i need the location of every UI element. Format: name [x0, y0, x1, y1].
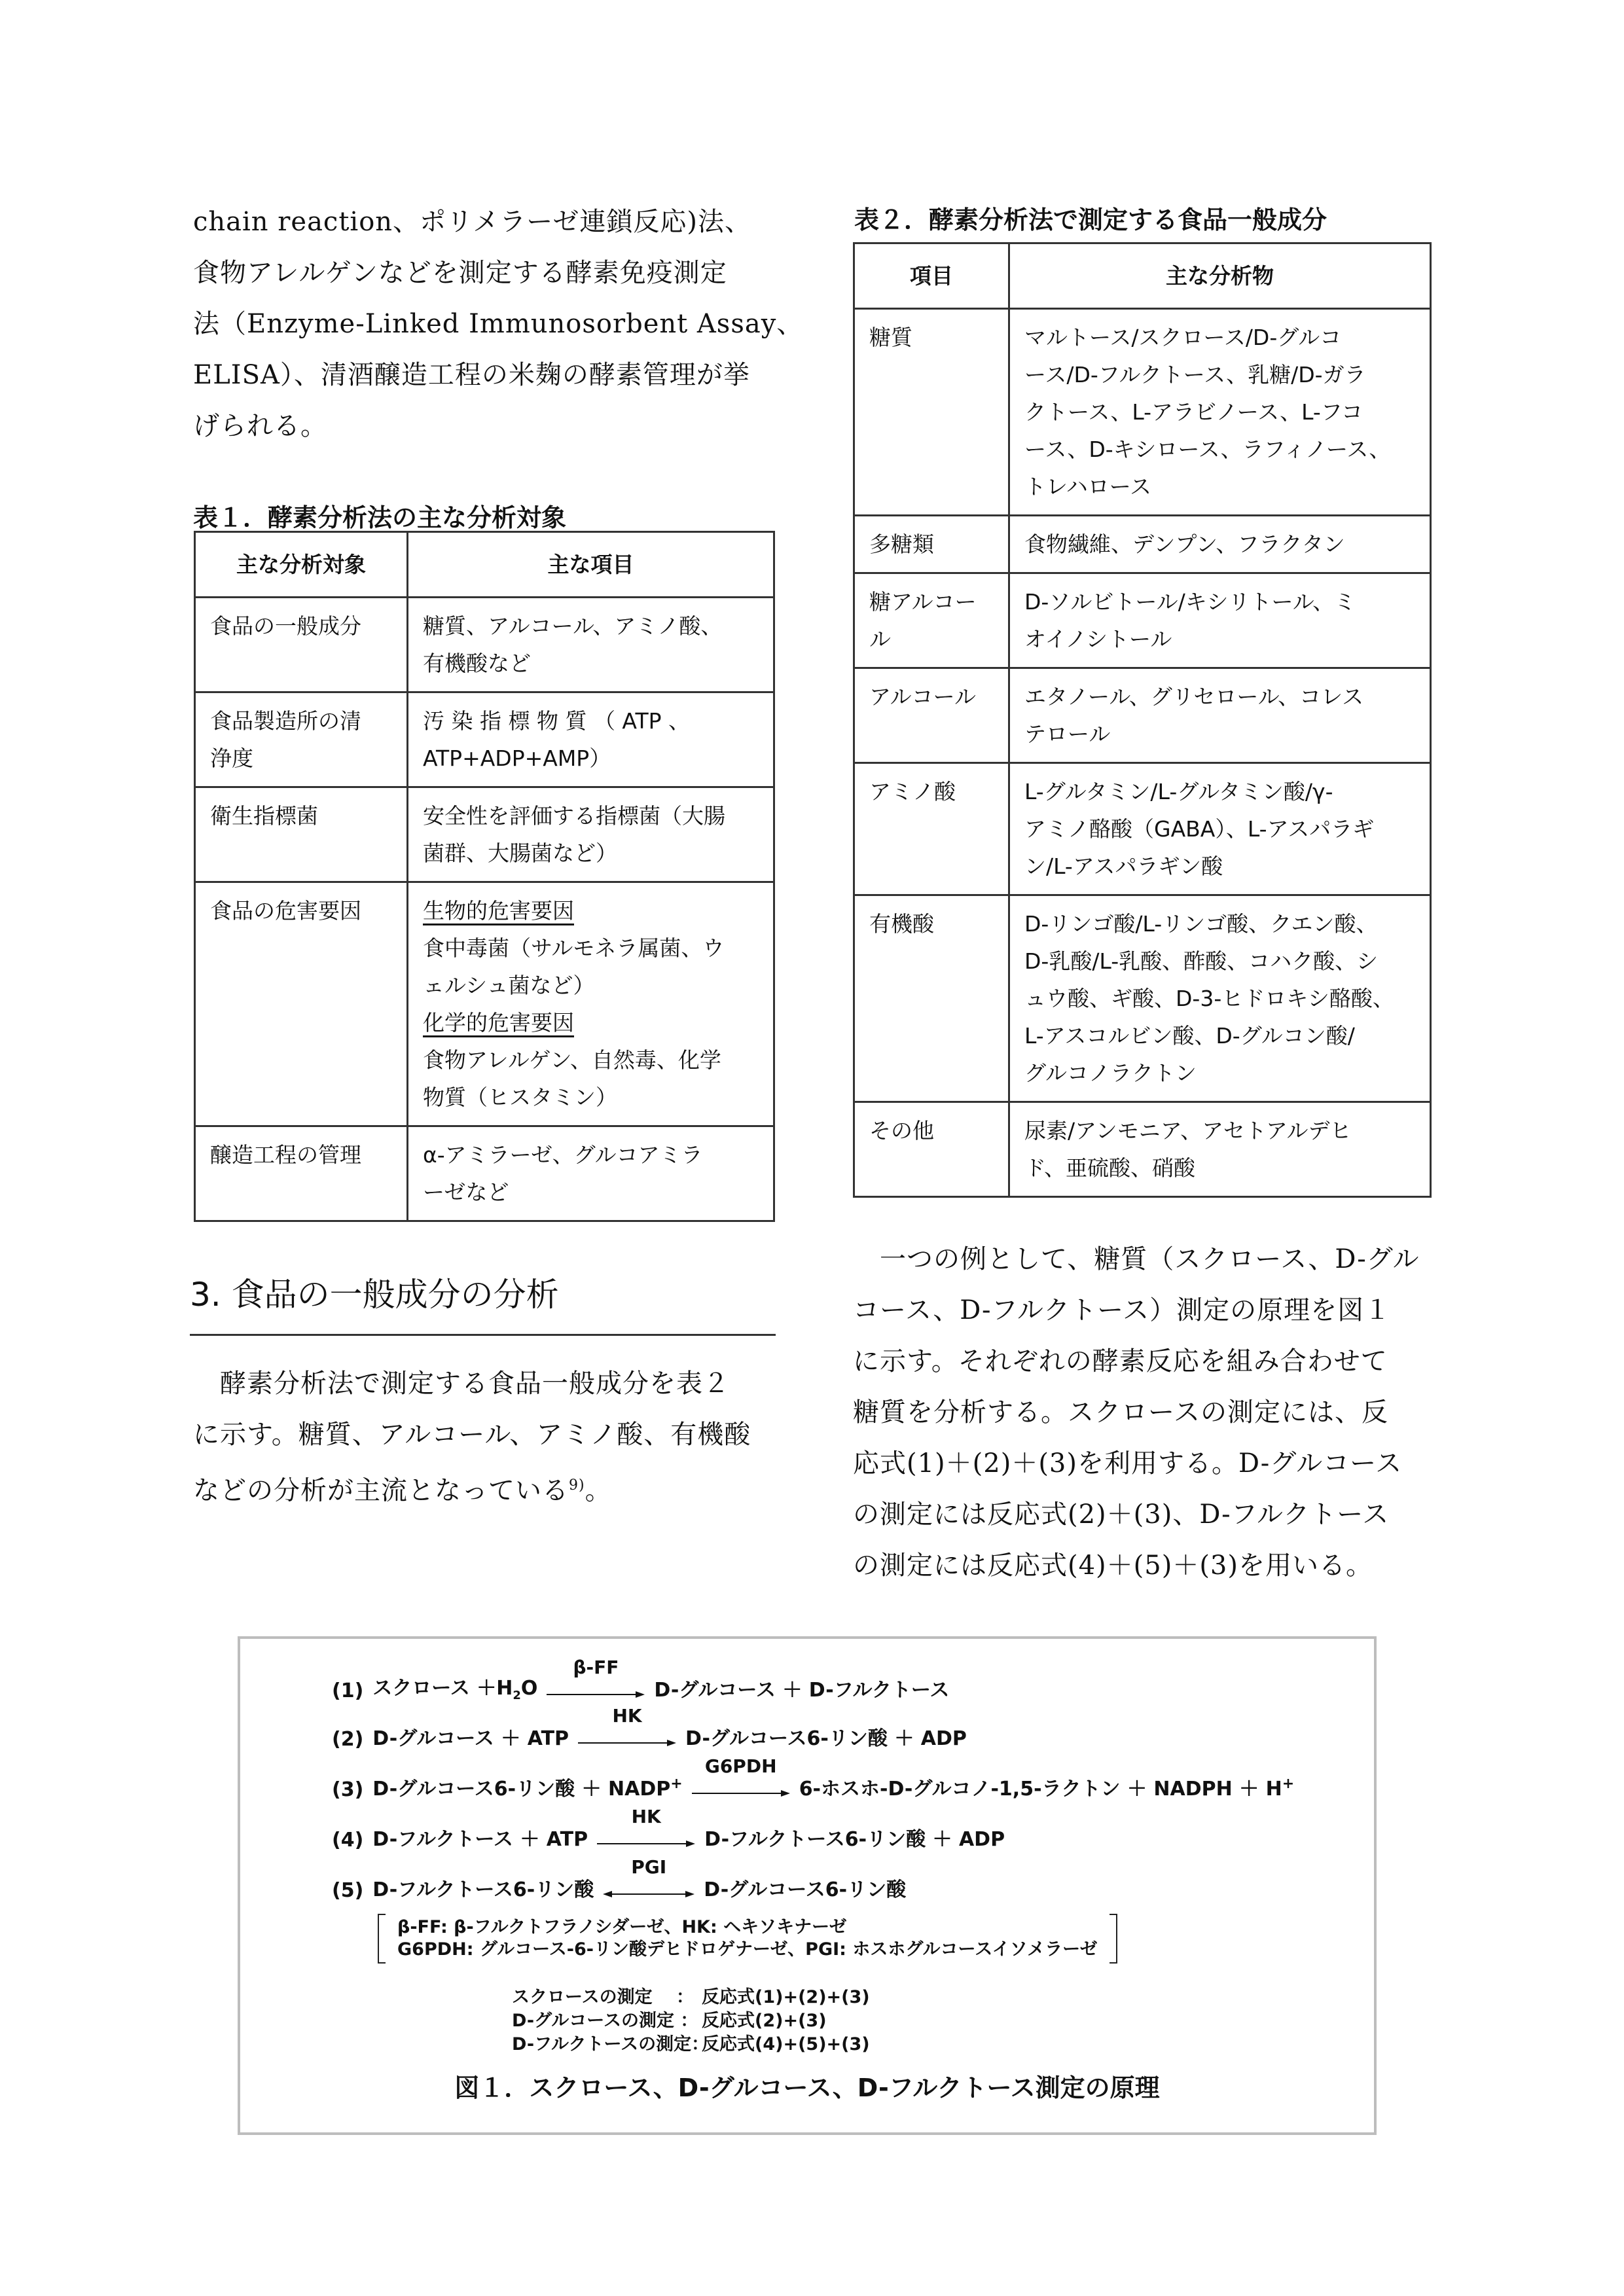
left-bracket [378, 1914, 386, 1964]
table-row: 衛生指標菌 安全性を評価する指標菌（大腸 菌群、大腸菌など） [195, 787, 774, 882]
table-cell: 糖アルコール [854, 573, 1009, 668]
table-cell: アミノ酸 [854, 763, 1009, 895]
column-header: 主な分析対象 [195, 532, 408, 598]
text-line: 一つの例として、糖質（スクロース、D-グル [853, 1234, 1442, 1285]
cell-text: 食品製造所の清 [210, 702, 392, 740]
table-cell: 衛生指標菌 [195, 787, 408, 882]
reaction-1: (1) スクロース ＋H2O β-FF D-グルコース ＋ D-フルクトース [332, 1672, 949, 1702]
column-header: 項目 [854, 243, 1009, 309]
reaction-4: (4) D-フルクトース ＋ ATP HK D-フルクトース6-リン酸 ＋ AD… [332, 1823, 1005, 1852]
table-header-row: 主な分析対象 主な項目 [195, 532, 774, 598]
cell-text: ュウ酸、ギ酸、D-3-ヒドロキシ酪酸、 [1024, 980, 1415, 1017]
cell-text: 汚 染 指 標 物 質 （ ATP 、 [423, 702, 759, 740]
superscript: + [1282, 1776, 1294, 1792]
legend-line: G6PDH: グルコース-6-リン酸デヒドロゲナーゼ、PGI: ホスホグルコース… [397, 1939, 1098, 1961]
reactants: D-グルコース6-リン酸 ＋ NADP+ [372, 1772, 682, 1801]
table-cell: マルトース/スクロース/D-グルコ ース/D-フルクトース、乳糖/D-ガラ クト… [1009, 309, 1431, 516]
cell-text: マルトース/スクロース/D-グルコ [1024, 319, 1415, 356]
text-line: に示す。それぞれの酵素反応を組み合わせて [853, 1336, 1442, 1387]
summary-value: 反応式(4)+(5)+(3) [702, 2033, 870, 2056]
reactants: スクロース ＋H2O [372, 1672, 537, 1702]
table-cell: 尿素/アンモニア、アセトアルデヒ ド、亜硫酸、硝酸 [1009, 1102, 1431, 1197]
summary-row: D-グルコースの測定 ： 反応式(2)+(3) [512, 2009, 870, 2033]
cell-text: 食物繊維、デンプン、フラクタン [1024, 526, 1415, 563]
table-row: 食品の一般成分 糖質、アルコール、アミノ酸、 有機酸など [195, 598, 774, 692]
summary-label: D-グルコースの測定 ： [512, 2009, 702, 2033]
cell-text: グルコノラクトン [1024, 1054, 1415, 1092]
right-bracket [1110, 1914, 1117, 1964]
enzyme-label: HK [578, 1705, 676, 1727]
table-cell: 安全性を評価する指標菌（大腸 菌群、大腸菌など） [408, 787, 774, 882]
enzyme-label: HK [597, 1806, 695, 1827]
legend-line: β-FF: β-フルクトフラノシダーゼ、HK: ヘキソキナーゼ [397, 1916, 1098, 1939]
table-row: 食品製造所の清浄度 汚 染 指 標 物 質 （ ATP 、 ATP+ADP+AM… [195, 692, 774, 787]
cell-text: α-アミラーゼ、グルコアミラ [423, 1136, 759, 1174]
table-row: アルコール エタノール、グリセロール、コレス テロール [854, 668, 1431, 763]
superscript: + [670, 1776, 682, 1792]
reaction-number: (1) [332, 1679, 363, 1702]
table-cell: 糖質、アルコール、アミノ酸、 有機酸など [408, 598, 774, 692]
text-line: 酵素分析法で測定する食品一般成分を表２ [193, 1358, 782, 1409]
table-cell: 糖質 [854, 309, 1009, 516]
text-line: の測定には反応式(2)＋(3)、D-フルクトース [853, 1489, 1442, 1540]
cell-text: D-乳酸/L-乳酸、酢酸、コハク酸、シ [1024, 942, 1415, 980]
summary-label: スクロースの測定 ： [512, 1986, 702, 2009]
products: D-グルコース ＋ D-フルクトース [654, 1674, 949, 1702]
reaction-number: (3) [332, 1778, 363, 1801]
table-row: アミノ酸 L-グルタミン/L-グルタミン酸/γ- アミノ酪酸（GABA）、L-ア… [854, 763, 1431, 895]
cell-text: 尿素/アンモニア、アセトアルデヒ [1024, 1112, 1415, 1149]
text-line: 法（Enzyme-Linked Immunosorbent Assay、 [193, 298, 782, 350]
summary-label: D-フルクトースの測定： [512, 2033, 702, 2056]
cell-text: オイノシトール [1024, 620, 1415, 658]
forward-arrow-icon: G6PDH [692, 1782, 790, 1801]
enzyme-label: PGI [603, 1856, 695, 1878]
reactant-text: O [521, 1677, 538, 1700]
forward-arrow-icon: HK [578, 1731, 676, 1751]
column-header: 主な項目 [408, 532, 774, 598]
table-row: 糖質 マルトース/スクロース/D-グルコ ース/D-フルクトース、乳糖/D-ガラ… [854, 309, 1431, 516]
cell-subheading: 生物的危害要因 [423, 892, 759, 929]
summary-value: 反応式(2)+(3) [702, 2009, 827, 2033]
cell-text: アミノ酪酸（GABA）、L-アスパラギ [1024, 810, 1415, 848]
section-heading: 3. 食品の一般成分の分析 [190, 1268, 776, 1336]
products: D-グルコース6-リン酸 [704, 1873, 906, 1902]
table-cell: L-グルタミン/L-グルタミン酸/γ- アミノ酪酸（GABA）、L-アスパラギ … [1009, 763, 1431, 895]
table1: 主な分析対象 主な項目 食品の一般成分 糖質、アルコール、アミノ酸、 有機酸など… [194, 531, 775, 1222]
forward-arrow-icon: HK [597, 1832, 695, 1852]
table-cell: アルコール [854, 668, 1009, 763]
reaction-3: (3) D-グルコース6-リン酸 ＋ NADP+ G6PDH 6-ホスホ-D-グ… [332, 1772, 1294, 1801]
cell-text: 浄度 [210, 740, 392, 777]
text-line: げられる。 [193, 401, 782, 452]
summary-row: D-フルクトースの測定： 反応式(4)+(5)+(3) [512, 2033, 870, 2056]
text-fragment: などの分析が主流となっている [193, 1475, 569, 1505]
text-line: コース、D-フルクトース）測定の原理を図１ [853, 1285, 1442, 1336]
cell-text: 菌群、大腸菌など） [423, 834, 759, 872]
table-cell: 生物的危害要因 食中毒菌（サルモネラ属菌、ウ ェルシュ菌など） 化学的危害要因 … [408, 882, 774, 1126]
table1-caption: 表１．酵素分析法の主な分析対象 [193, 497, 566, 533]
table-cell: その他 [854, 1102, 1009, 1197]
table-row: 食品の危害要因 生物的危害要因 食中毒菌（サルモネラ属菌、ウ ェルシュ菌など） … [195, 882, 774, 1126]
table-cell: 有機酸 [854, 895, 1009, 1102]
column-header: 主な分析物 [1009, 243, 1431, 309]
reaction-2: (2) D-グルコース ＋ ATP HK D-グルコース6-リン酸 ＋ ADP [332, 1722, 967, 1751]
summary-value: 反応式(1)+(2)+(3) [702, 1986, 870, 2009]
cell-text: ド、亜硫酸、硝酸 [1024, 1149, 1415, 1187]
section3-paragraph: 酵素分析法で測定する食品一般成分を表２ に示す。糖質、アルコール、アミノ酸、有機… [193, 1358, 782, 1516]
table-cell: 食品の危害要因 [195, 882, 408, 1126]
products: 6-ホスホ-D-グルコノ-1,5-ラクトン ＋ NADPH ＋ H+ [799, 1772, 1294, 1801]
cell-text: 物質（ヒスタミン） [423, 1079, 759, 1116]
cell-text: ース/D-フルクトース、乳糖/D-ガラ [1024, 356, 1415, 393]
figure-intro-paragraph: 一つの例として、糖質（スクロース、D-グル コース、D-フルクトース）測定の原理… [853, 1234, 1442, 1591]
table-row: 醸造工程の管理 α-アミラーゼ、グルコアミラ ーゼなど [195, 1126, 774, 1221]
cell-text: ース、D-キシロース、ラフィノース、 [1024, 431, 1415, 468]
table-header-row: 項目 主な分析物 [854, 243, 1431, 309]
reaction-number: (2) [332, 1728, 363, 1751]
text-line: chain reaction、ポリメラーゼ連鎖反応)法、 [193, 196, 782, 247]
reactants: D-フルクトース ＋ ATP [372, 1823, 588, 1852]
cell-text: L-グルタミン/L-グルタミン酸/γ- [1024, 773, 1415, 810]
reaction-number: (5) [332, 1879, 363, 1902]
table-row: 有機酸 D-リンゴ酸/L-リンゴ酸、クエン酸、 D-乳酸/L-乳酸、酢酸、コハク… [854, 895, 1431, 1102]
figure-caption: 図１．スクロース、D-グルコース、D-フルクトース測定の原理 [240, 2068, 1374, 2104]
table-row: その他 尿素/アンモニア、アセトアルデヒ ド、亜硫酸、硝酸 [854, 1102, 1431, 1197]
cell-text: ェルシュ菌など） [423, 967, 759, 1004]
intro-paragraph: chain reaction、ポリメラーゼ連鎖反応)法、 食物アレルゲンなどを測… [193, 196, 782, 452]
cell-text: D-ソルビトール/キシリトール、ミ [1024, 583, 1415, 620]
reactant-text: D-グルコース6-リン酸 ＋ NADP [372, 1778, 670, 1801]
subscript: 2 [513, 1689, 521, 1702]
text-line: ELISA）、清酒醸造工程の米麹の酵素管理が挙 [193, 350, 782, 401]
cell-text: 安全性を評価する指標菌（大腸 [423, 797, 759, 834]
text-line: 食物アレルゲンなどを測定する酵素免疫測定 [193, 247, 782, 298]
cell-text: エタノール、グリセロール、コレス [1024, 678, 1415, 715]
product-text: 6-ホスホ-D-グルコノ-1,5-ラクトン ＋ NADPH ＋ H [799, 1778, 1282, 1801]
cell-text: D-リンゴ酸/L-リンゴ酸、クエン酸、 [1024, 905, 1415, 942]
forward-arrow-icon: β-FF [547, 1683, 645, 1702]
cell-text: トレハロース [1024, 468, 1415, 505]
products: D-グルコース6-リン酸 ＋ ADP [685, 1722, 967, 1751]
cell-text: ーゼなど [423, 1174, 759, 1211]
products: D-フルクトース6-リン酸 ＋ ADP [704, 1823, 1005, 1852]
text-line: 応式(1)＋(2)＋(3)を利用する。D-グルコース [853, 1438, 1442, 1489]
table-cell: 食品の一般成分 [195, 598, 408, 692]
reversible-arrow-icon: PGI [603, 1882, 695, 1902]
summary-row: スクロースの測定 ： 反応式(1)+(2)+(3) [512, 1986, 870, 2009]
text-line: に示す。糖質、アルコール、アミノ酸、有機酸 [193, 1409, 782, 1460]
enzyme-label: β-FF [547, 1657, 645, 1678]
cell-text: テロール [1024, 715, 1415, 753]
table2: 項目 主な分析物 糖質 マルトース/スクロース/D-グルコ ース/D-フルクトー… [853, 242, 1432, 1198]
cell-text: L-アスコルビン酸、D-グルコン酸/ [1024, 1017, 1415, 1054]
reactants: D-グルコース ＋ ATP [372, 1722, 569, 1751]
table-cell: α-アミラーゼ、グルコアミラ ーゼなど [408, 1126, 774, 1221]
cell-subheading: 化学的危害要因 [423, 1004, 759, 1041]
cell-text: 糖質、アルコール、アミノ酸、 [423, 607, 759, 645]
abbreviation-legend: β-FF: β-フルクトフラノシダーゼ、HK: ヘキソキナーゼ G6PDH: グ… [378, 1914, 1117, 1964]
cell-text: ATP+ADP+AMP） [423, 740, 759, 777]
reaction-5: (5) D-フルクトース6-リン酸 PGI D-グルコース6-リン酸 [332, 1873, 906, 1902]
cell-text: ン/L-アスパラギン酸 [1024, 848, 1415, 885]
table-cell: 醸造工程の管理 [195, 1126, 408, 1221]
table-cell: 食物繊維、デンプン、フラクタン [1009, 516, 1431, 573]
cell-text: 食物アレルゲン、自然毒、化学 [423, 1041, 759, 1079]
enzyme-label: G6PDH [692, 1755, 790, 1777]
table-cell: D-ソルビトール/キシリトール、ミ オイノシトール [1009, 573, 1431, 668]
text-fragment: 。 [585, 1475, 612, 1505]
table-cell: 多糖類 [854, 516, 1009, 573]
reactants: D-フルクトース6-リン酸 [372, 1873, 594, 1902]
table2-caption: 表２．酵素分析法で測定する食品一般成分 [854, 200, 1327, 236]
text-line: などの分析が主流となっている9)。 [193, 1460, 782, 1516]
table-row: 多糖類 食物繊維、デンプン、フラクタン [854, 516, 1431, 573]
reactant-text: スクロース ＋H [372, 1677, 513, 1700]
measurement-summary: スクロースの測定 ： 反応式(1)+(2)+(3) D-グルコースの測定 ： 反… [512, 1986, 870, 2056]
citation-ref[interactable]: 9) [569, 1477, 585, 1494]
table-cell: 汚 染 指 標 物 質 （ ATP 、 ATP+ADP+AMP） [408, 692, 774, 787]
reaction-number: (4) [332, 1829, 363, 1852]
figure1: (1) スクロース ＋H2O β-FF D-グルコース ＋ D-フルクトース (… [238, 1636, 1377, 2135]
table-cell: エタノール、グリセロール、コレス テロール [1009, 668, 1431, 763]
table-row: 糖アルコール D-ソルビトール/キシリトール、ミ オイノシトール [854, 573, 1431, 668]
cell-text: 食中毒菌（サルモネラ属菌、ウ [423, 929, 759, 967]
table-cell: D-リンゴ酸/L-リンゴ酸、クエン酸、 D-乳酸/L-乳酸、酢酸、コハク酸、シ … [1009, 895, 1431, 1102]
text-line: の測定には反応式(4)＋(5)＋(3)を用いる。 [853, 1540, 1442, 1591]
cell-text: クトース、L-アラビノース、L-フコ [1024, 393, 1415, 431]
cell-text: 有機酸など [423, 645, 759, 682]
text-line: 糖質を分析する。スクロースの測定には、反 [853, 1387, 1442, 1438]
table-cell: 食品製造所の清浄度 [195, 692, 408, 787]
